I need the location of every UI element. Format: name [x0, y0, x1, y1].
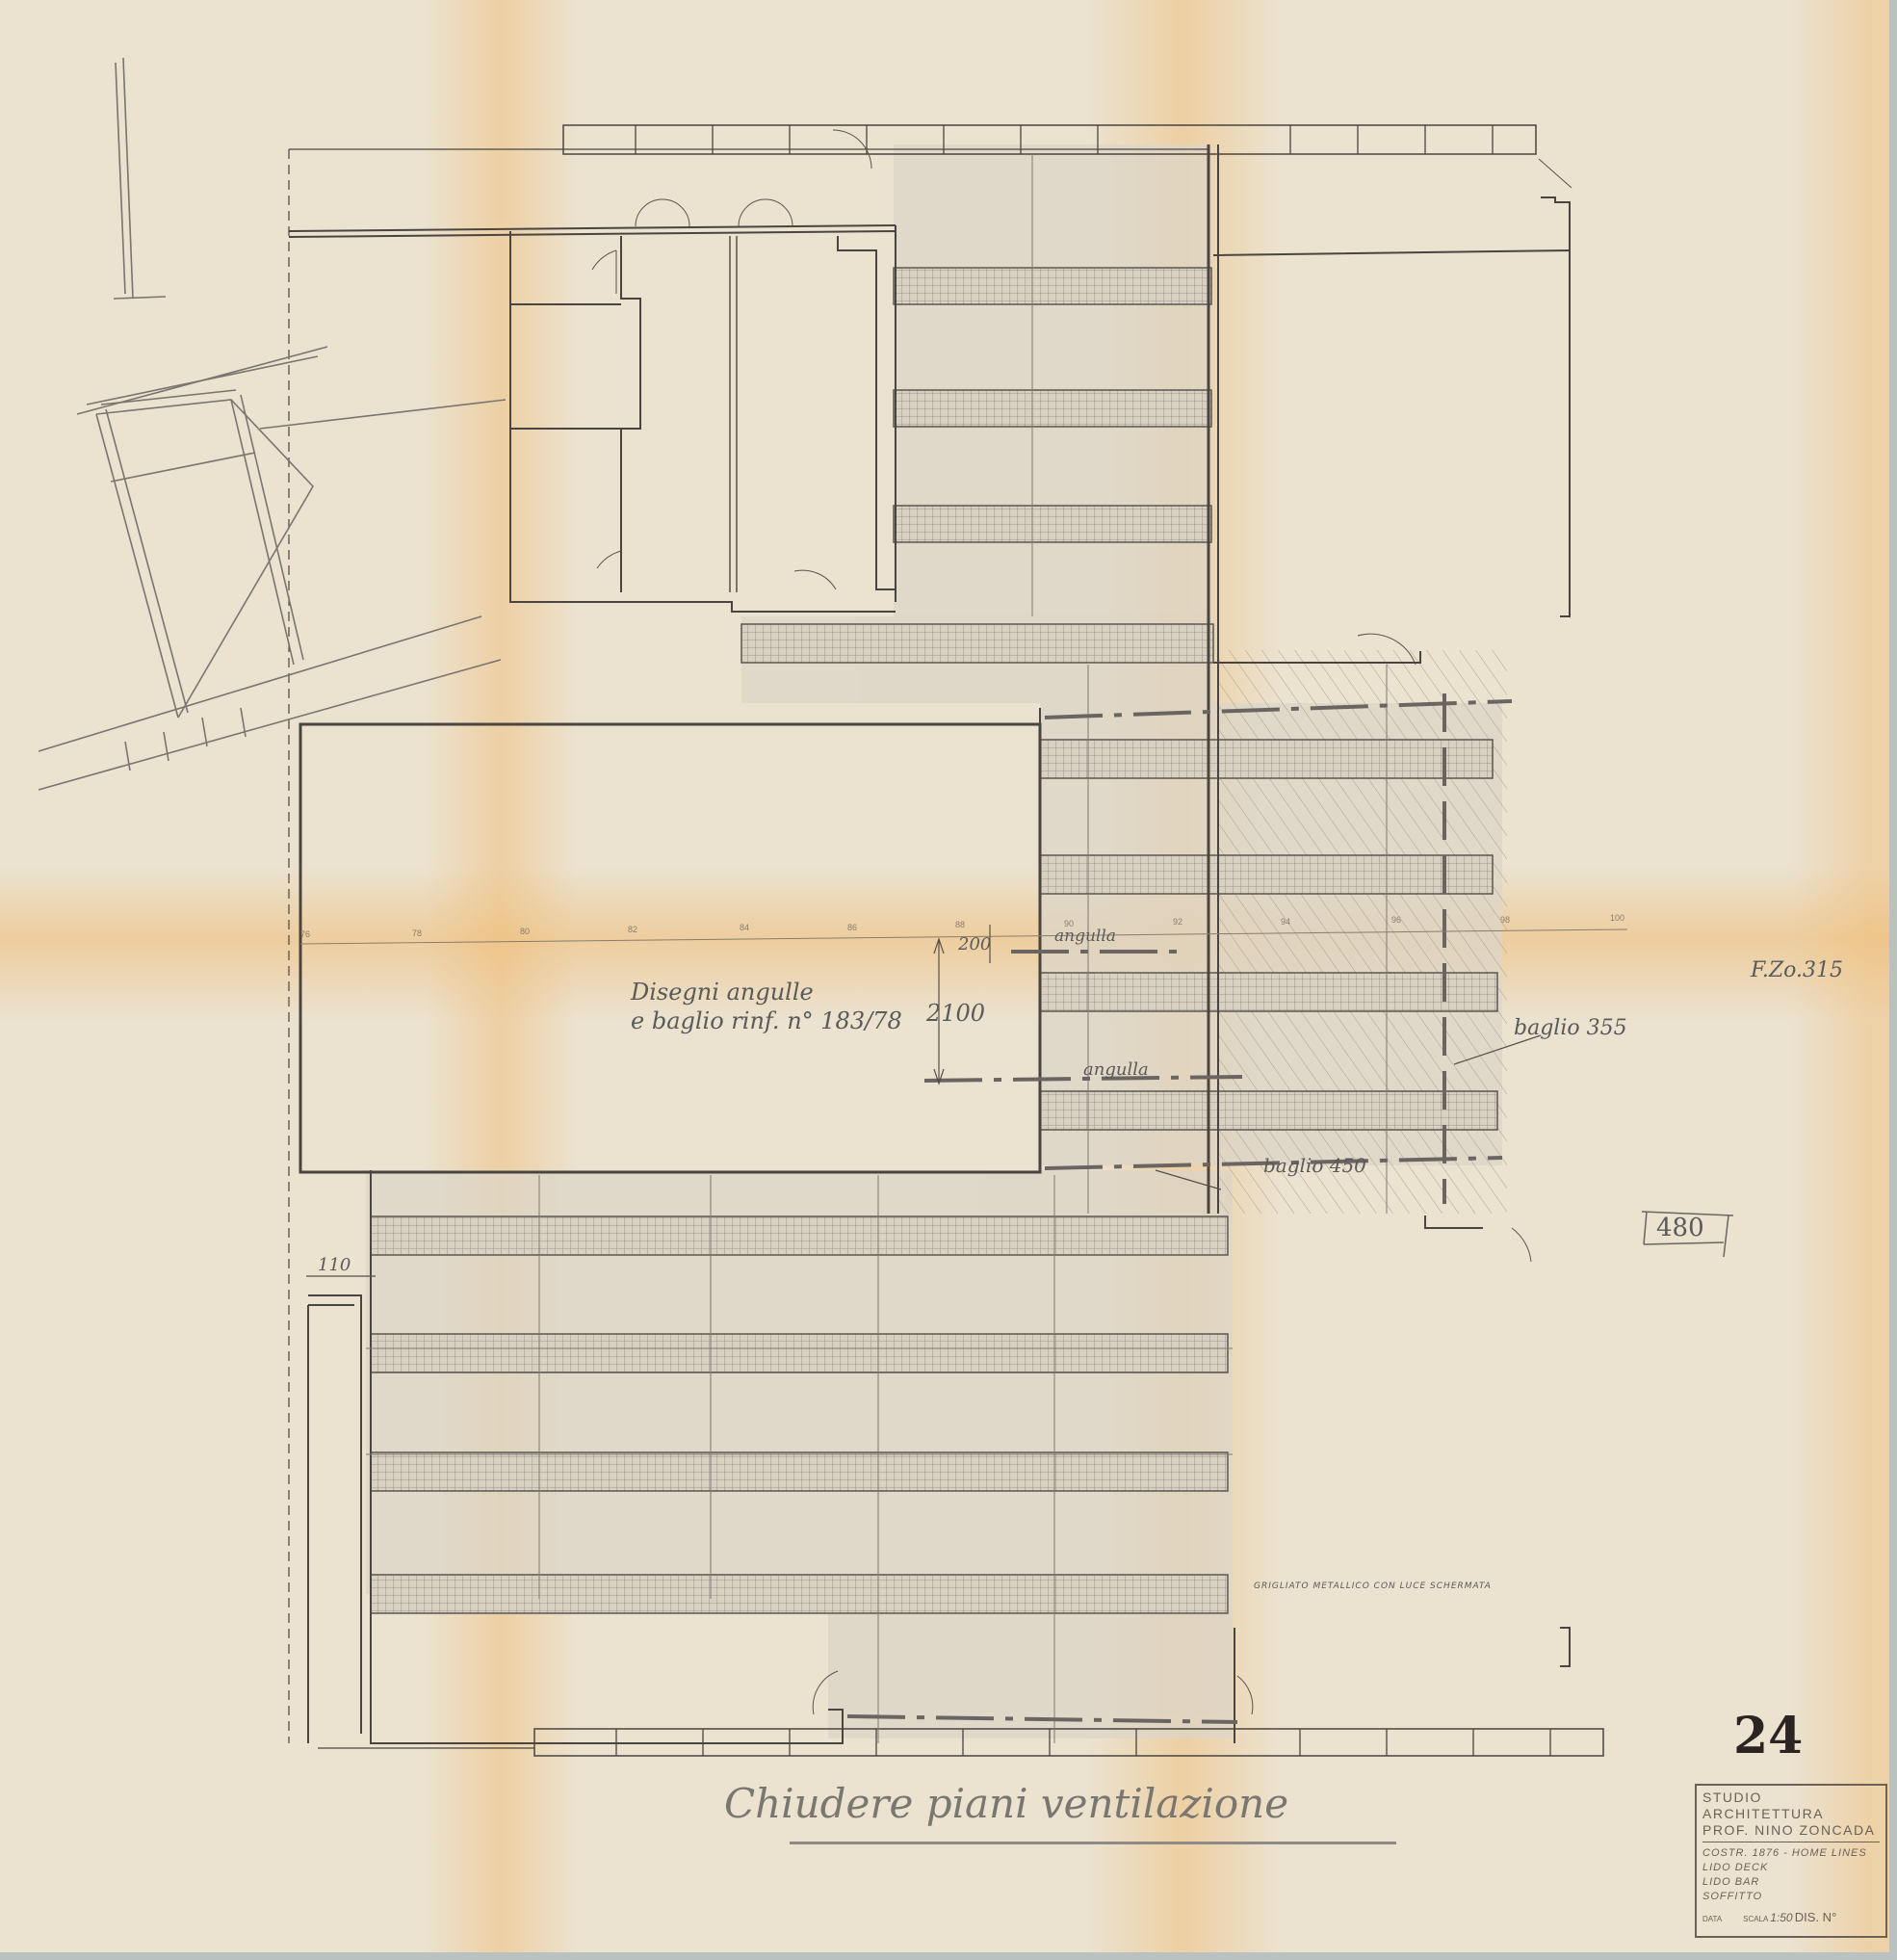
scale-label: SCALA: [1743, 1915, 1768, 1923]
baglio-355-label: baglio 355: [1514, 1016, 1627, 1040]
note-underline: [790, 1842, 1396, 1844]
grating-note: GRIGLIATO METALLICO CON LUCE SCHERMATA: [1254, 1581, 1492, 1591]
project-line: COSTR. 1876 - HOME LINES: [1702, 1846, 1880, 1861]
title-block-divider: [1702, 1842, 1880, 1842]
project-line: LIDO BAR: [1702, 1875, 1880, 1890]
pencil-sketch-left: [39, 58, 506, 790]
scale-value: 1:50: [1770, 1911, 1792, 1924]
drawing-number-label: DIS. N°: [1795, 1910, 1836, 1924]
ruler-tick-label: 100: [1610, 913, 1624, 923]
baglio-450-label: baglio 450: [1263, 1154, 1366, 1177]
architect-name: PROF. NINO ZONCADA: [1702, 1822, 1880, 1839]
boxed-value-480: 480: [1656, 1214, 1704, 1242]
ruler-tick-label: 80: [520, 927, 530, 936]
ruler-tick-label: 88: [955, 920, 965, 929]
main-annotation-line-2: e baglio rinf. n° 183/78: [631, 1006, 902, 1035]
ruler-tick-label: 86: [847, 923, 857, 932]
dimension-110: 110: [318, 1255, 351, 1275]
studio-name: STUDIO ARCHITETTURA: [1702, 1790, 1880, 1822]
ruler-tick-label: 76: [300, 929, 310, 939]
angulla-label-top: angulla: [1054, 927, 1116, 946]
ruler-tick-label: 78: [412, 928, 422, 938]
archive-reference: F.Zo.315: [1751, 958, 1843, 982]
main-annotation-line-1: Disegni angulle: [631, 978, 902, 1006]
ruler-tick-label: 96: [1391, 915, 1401, 925]
ruler-tick-label: 92: [1173, 917, 1182, 927]
scale-field: SCALA 1:50 DIS. N°: [1743, 1910, 1836, 1924]
dimension-200: 200: [958, 934, 991, 954]
title-block-footer: DATA SCALA 1:50 DIS. N°: [1702, 1910, 1880, 1924]
floor-plan-drawing: [0, 0, 1897, 1960]
project-line: LIDO DECK: [1702, 1861, 1880, 1875]
dimension-2100: 2100: [926, 1000, 985, 1027]
bottom-handwritten-note: Chiudere piani ventilazione: [724, 1780, 1288, 1827]
title-block: STUDIO ARCHITETTURA PROF. NINO ZONCADA C…: [1695, 1784, 1887, 1938]
sheet-number: 24: [1733, 1707, 1803, 1765]
project-line: SOFFITTO: [1702, 1890, 1880, 1904]
date-label: DATA: [1702, 1915, 1722, 1923]
main-annotation: Disegni angulle e baglio rinf. n° 183/78: [631, 978, 902, 1035]
ruler-tick-label: 82: [628, 925, 637, 934]
ruler-tick-label: 94: [1281, 917, 1290, 927]
ruler-tick-label: 98: [1500, 915, 1510, 925]
angulla-label-bottom: angulla: [1083, 1059, 1149, 1080]
ruler-tick-label: 84: [740, 923, 749, 932]
